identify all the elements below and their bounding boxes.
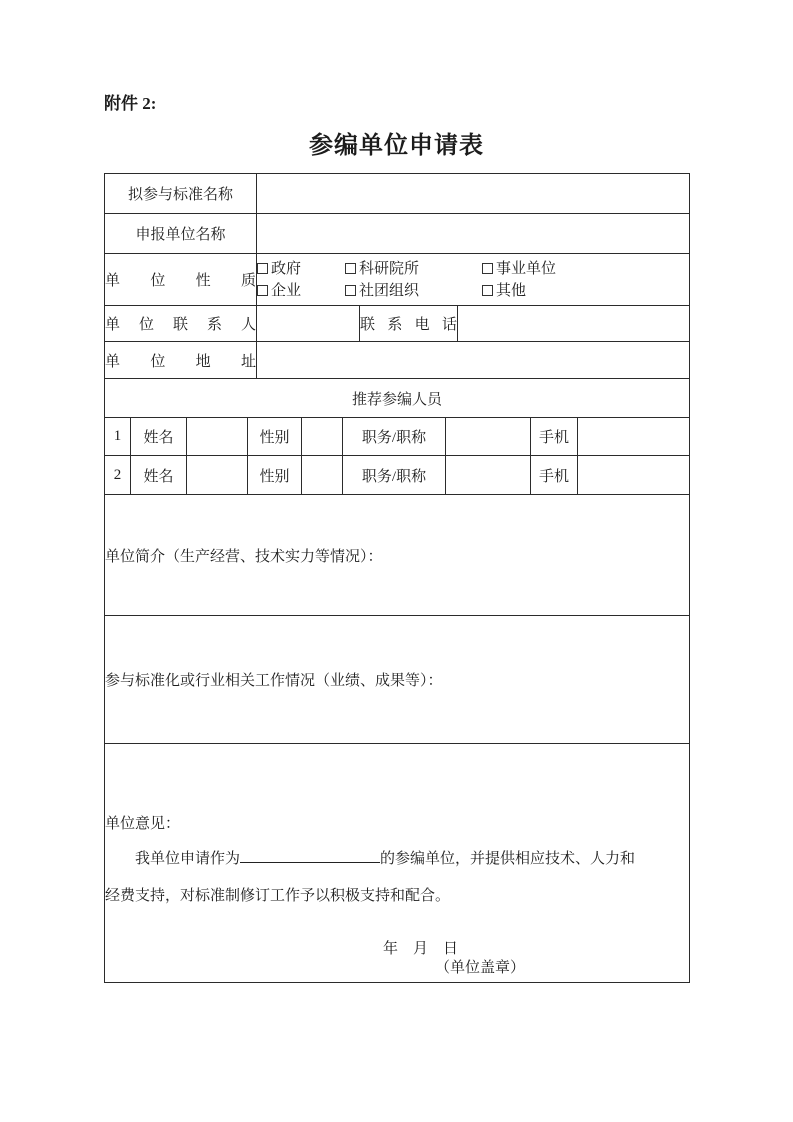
nature-option-other[interactable]: 其他 <box>482 280 689 302</box>
contact-phone-input-cell[interactable] <box>458 306 690 342</box>
row-standard-name: 拟参与标准名称 <box>105 174 690 214</box>
attachment-label: 附件 2: <box>104 0 793 115</box>
row-unit-name: 申报单位名称 <box>105 214 690 254</box>
personnel-row-2: 2 姓名 性别 职务/职称 手机 <box>105 456 690 495</box>
person-gender-input-cell[interactable] <box>302 418 343 456</box>
unit-name-label: 申报单位名称 <box>105 214 257 254</box>
nature-option-label: 事业单位 <box>496 261 556 277</box>
person-gender-input-cell[interactable] <box>302 456 343 495</box>
page-title: 参编单位申请表 <box>0 129 793 163</box>
person-title-input-cell[interactable] <box>446 456 531 495</box>
row-personnel-header: 推荐参编人员 <box>105 379 690 418</box>
row-contact: 单位联系人 联系电话 <box>105 306 690 342</box>
nature-option-label: 社团组织 <box>359 283 419 299</box>
unit-opinion-statement: 我单位申请作为的参编单位，并提供相应技术、人力和经费支持，对标准制修订工作予以积… <box>105 841 650 915</box>
opinion-text-before: 我单位申请作为 <box>135 851 240 867</box>
checkbox-icon[interactable] <box>482 263 493 274</box>
person-name-label: 姓名 <box>131 418 187 456</box>
person-mobile-label: 手机 <box>531 456 578 495</box>
person-number: 2 <box>105 456 131 495</box>
person-mobile-input-cell[interactable] <box>578 418 690 456</box>
nature-option-label: 企业 <box>271 283 301 299</box>
date-line: 年 月 日 <box>383 940 525 959</box>
contact-person-input-cell[interactable] <box>257 306 360 342</box>
unit-intro-cell[interactable]: 单位简介（生产经营、技术实力等情况）： <box>105 495 690 616</box>
nature-option-government[interactable]: 政府 <box>257 258 345 280</box>
nature-option-social-organization[interactable]: 社团组织 <box>345 280 482 302</box>
person-title-input-cell[interactable] <box>446 418 531 456</box>
person-name-input-cell[interactable] <box>187 456 248 495</box>
nature-options-row2: 企业 社团组织 其他 <box>257 280 689 302</box>
checkbox-icon[interactable] <box>257 285 268 296</box>
nature-option-label: 科研院所 <box>359 261 419 277</box>
unit-address-label: 单位地址 <box>105 342 257 379</box>
person-mobile-label: 手机 <box>531 418 578 456</box>
personnel-header: 推荐参编人员 <box>105 379 690 418</box>
nature-options-row1: 政府 科研院所 事业单位 <box>257 258 689 280</box>
person-name-label: 姓名 <box>131 456 187 495</box>
row-unit-intro: 单位简介（生产经营、技术实力等情况）： <box>105 495 690 616</box>
nature-option-enterprise[interactable]: 企业 <box>257 280 345 302</box>
checkbox-icon[interactable] <box>345 263 356 274</box>
unit-nature-options-cell: 政府 科研院所 事业单位 企业 社团组织 其他 <box>257 254 690 306</box>
unit-nature-label: 单位性质 <box>105 254 257 306</box>
person-gender-label: 性别 <box>248 418 302 456</box>
row-standardization-work: 参与标准化或行业相关工作情况（业绩、成果等）： <box>105 616 690 744</box>
standardization-work-cell[interactable]: 参与标准化或行业相关工作情况（业绩、成果等）： <box>105 616 690 744</box>
person-number: 1 <box>105 418 131 456</box>
row-address: 单位地址 <box>105 342 690 379</box>
nature-option-label: 其他 <box>496 283 526 299</box>
person-name-input-cell[interactable] <box>187 418 248 456</box>
row-unit-opinion: 单位意见： 我单位申请作为的参编单位，并提供相应技术、人力和经费支持，对标准制修… <box>105 744 690 983</box>
nature-option-label: 政府 <box>271 261 301 277</box>
contact-person-label: 单位联系人 <box>105 306 257 342</box>
unit-opinion-cell[interactable]: 单位意见： 我单位申请作为的参编单位，并提供相应技术、人力和经费支持，对标准制修… <box>105 744 690 983</box>
personnel-row-1: 1 姓名 性别 职务/职称 手机 <box>105 418 690 456</box>
unit-stamp-label: （单位盖章） <box>435 959 525 978</box>
person-title-label: 职务/职称 <box>343 418 446 456</box>
checkbox-icon[interactable] <box>345 285 356 296</box>
standard-name-label: 拟参与标准名称 <box>105 174 257 214</box>
person-mobile-input-cell[interactable] <box>578 456 690 495</box>
document-page: 附件 2: 参编单位申请表 拟参与标准名称 申报单位名称 单位性质 政府 科研院… <box>0 0 793 1122</box>
nature-option-research-institute[interactable]: 科研院所 <box>345 258 482 280</box>
person-title-label: 职务/职称 <box>343 456 446 495</box>
unit-opinion-label: 单位意见： <box>105 812 689 833</box>
row-unit-nature: 单位性质 政府 科研院所 事业单位 企业 社团组织 其他 <box>105 254 690 306</box>
unit-address-input-cell[interactable] <box>257 342 690 379</box>
nature-option-public-institution[interactable]: 事业单位 <box>482 258 689 280</box>
application-form-table: 拟参与标准名称 申报单位名称 单位性质 政府 科研院所 事业单位 企业 社团组织… <box>104 173 690 983</box>
checkbox-icon[interactable] <box>257 263 268 274</box>
standardization-work-label: 参与标准化或行业相关工作情况（业绩、成果等）： <box>105 673 443 689</box>
person-gender-label: 性别 <box>248 456 302 495</box>
contact-phone-label: 联系电话 <box>360 306 458 342</box>
signature-block: 年 月 日 （单位盖章） <box>383 940 525 978</box>
unit-intro-label: 单位简介（生产经营、技术实力等情况）： <box>105 549 383 565</box>
unit-name-input-cell[interactable] <box>257 214 690 254</box>
standard-name-blank-line[interactable] <box>240 848 380 863</box>
checkbox-icon[interactable] <box>482 285 493 296</box>
standard-name-input-cell[interactable] <box>257 174 690 214</box>
